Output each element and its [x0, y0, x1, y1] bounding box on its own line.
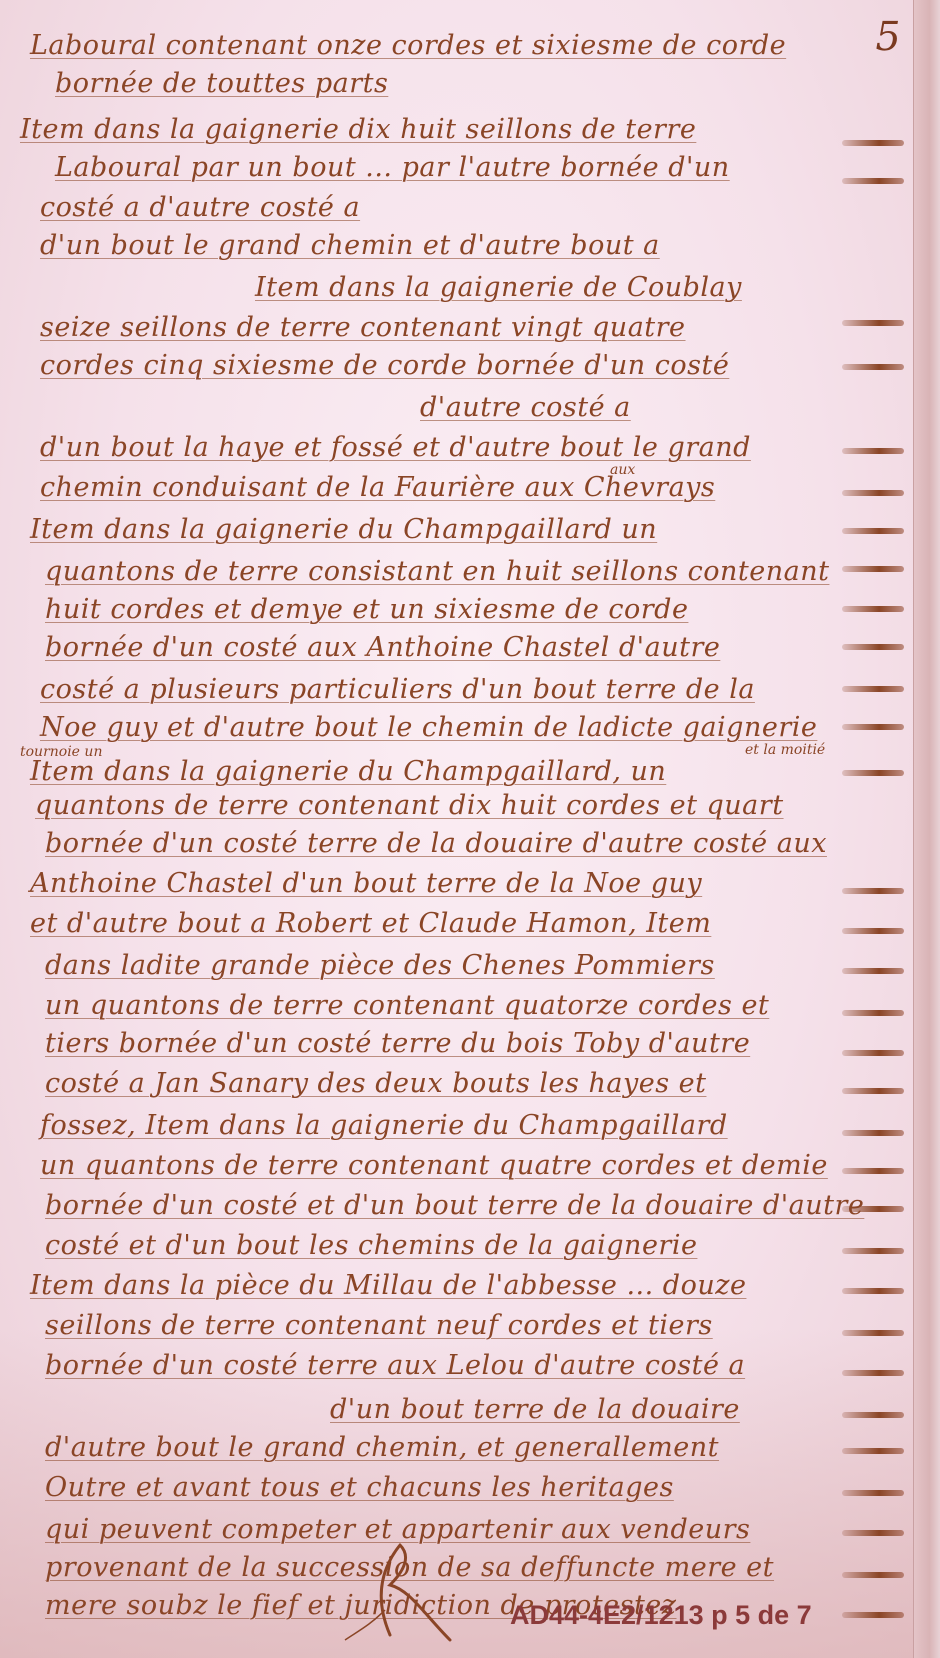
line-fill-stroke — [842, 1248, 904, 1254]
signature-flourish-icon — [340, 1540, 470, 1650]
manuscript-line: costé et d'un bout les chemins de la gai… — [45, 1230, 697, 1261]
manuscript-line: quantons de terre consistant en huit sei… — [45, 556, 829, 587]
line-fill-stroke — [842, 1448, 904, 1454]
page-edge — [913, 0, 940, 1658]
manuscript-line: d'un bout le grand chemin et d'autre bou… — [40, 230, 660, 261]
line-fill-stroke — [842, 1288, 904, 1294]
line-fill-stroke — [842, 1088, 904, 1094]
line-fill-stroke — [842, 528, 904, 534]
manuscript-line: Laboural contenant onze cordes et sixies… — [30, 30, 786, 61]
manuscript-line: quantons de terre contenant dix huit cor… — [35, 790, 784, 821]
manuscript-line: costé a d'autre costé a — [40, 192, 360, 223]
line-fill-stroke — [842, 364, 904, 370]
manuscript-line: costé a plusieurs particuliers d'un bout… — [40, 674, 755, 705]
manuscript-page: 5 Laboural contenant onze cordes et sixi… — [0, 0, 940, 1658]
manuscript-line: huit cordes et demye et un sixiesme de c… — [45, 594, 688, 625]
line-fill-stroke — [842, 606, 904, 612]
line-fill-stroke — [842, 178, 904, 184]
manuscript-line: seize seillons de terre contenant vingt … — [40, 312, 686, 343]
manuscript-line: bornée d'un costé aux Anthoine Chastel d… — [45, 632, 720, 663]
line-fill-stroke — [842, 1612, 904, 1618]
manuscript-line: Noe guy et d'autre bout le chemin de lad… — [40, 712, 817, 743]
manuscript-line: dans ladite grande pièce des Chenes Pomm… — [45, 950, 715, 981]
archive-reference-label: AD44-4E2/1213 p 5 de 7 — [510, 1600, 812, 1631]
line-fill-stroke — [842, 448, 904, 454]
line-fill-stroke — [842, 968, 904, 974]
line-fill-stroke — [842, 1490, 904, 1496]
line-fill-stroke — [842, 1370, 904, 1376]
manuscript-line: Item dans la gaignerie dix huit seillons… — [20, 114, 696, 145]
line-fill-stroke — [842, 1330, 904, 1336]
manuscript-line: Item dans la gaignerie du Champgaillard,… — [30, 756, 666, 787]
line-fill-stroke — [842, 320, 904, 326]
manuscript-line: Item dans la pièce du Millau de l'abbess… — [30, 1270, 746, 1301]
manuscript-line: Item dans la gaignerie du Champgaillard … — [30, 514, 657, 545]
manuscript-line: d'autre bout le grand chemin, et general… — [45, 1432, 719, 1463]
manuscript-line: seillons de terre contenant neuf cordes … — [45, 1310, 713, 1341]
line-fill-stroke — [842, 1050, 904, 1056]
manuscript-line: un quantons de terre contenant quatorze … — [45, 990, 769, 1021]
manuscript-line: d'un bout terre de la douaire — [330, 1394, 740, 1425]
line-fill-stroke — [842, 1168, 904, 1174]
margin-note: aux — [610, 462, 635, 478]
line-fill-stroke — [842, 490, 904, 496]
line-fill-stroke — [842, 1010, 904, 1016]
line-fill-stroke — [842, 928, 904, 934]
line-fill-stroke — [842, 686, 904, 692]
manuscript-line: bornée d'un costé terre aux Lelou d'autr… — [45, 1350, 745, 1381]
manuscript-line: Anthoine Chastel d'un bout terre de la N… — [30, 868, 702, 899]
line-fill-stroke — [842, 140, 904, 146]
manuscript-line: Laboural par un bout ... par l'autre bor… — [55, 152, 730, 183]
margin-note: et la moitié — [745, 742, 825, 758]
manuscript-line: d'autre costé a — [420, 392, 631, 423]
manuscript-line: bornée de touttes parts — [55, 68, 388, 99]
manuscript-line: tiers bornée d'un costé terre du bois To… — [45, 1028, 750, 1059]
margin-note: tournoie un — [20, 744, 102, 760]
manuscript-line: et d'autre bout a Robert et Claude Hamon… — [30, 908, 711, 939]
manuscript-line: bornée d'un costé et d'un bout terre de … — [45, 1190, 864, 1221]
manuscript-line: d'un bout la haye et fossé et d'autre bo… — [40, 432, 751, 463]
manuscript-line: un quantons de terre contenant quatre co… — [40, 1150, 828, 1181]
manuscript-line: Outre et avant tous et chacuns les herit… — [45, 1472, 674, 1503]
manuscript-line: Item dans la gaignerie de Coublay — [255, 272, 742, 303]
line-fill-stroke — [842, 770, 904, 776]
line-fill-stroke — [842, 1206, 904, 1212]
line-fill-stroke — [842, 644, 904, 650]
line-fill-stroke — [842, 888, 904, 894]
folio-number: 5 — [870, 14, 904, 60]
line-fill-stroke — [842, 1412, 904, 1418]
manuscript-line: bornée d'un costé terre de la douaire d'… — [45, 828, 827, 859]
line-fill-stroke — [842, 724, 904, 730]
line-fill-stroke — [842, 1572, 904, 1578]
manuscript-line: cordes cinq sixiesme de corde bornée d'u… — [40, 350, 729, 381]
line-fill-stroke — [842, 1530, 904, 1536]
manuscript-line: fossez, Item dans la gaignerie du Champg… — [40, 1110, 728, 1141]
line-fill-stroke — [842, 1130, 904, 1136]
manuscript-line: costé a Jan Sanary des deux bouts les ha… — [45, 1068, 706, 1099]
line-fill-stroke — [842, 566, 904, 572]
